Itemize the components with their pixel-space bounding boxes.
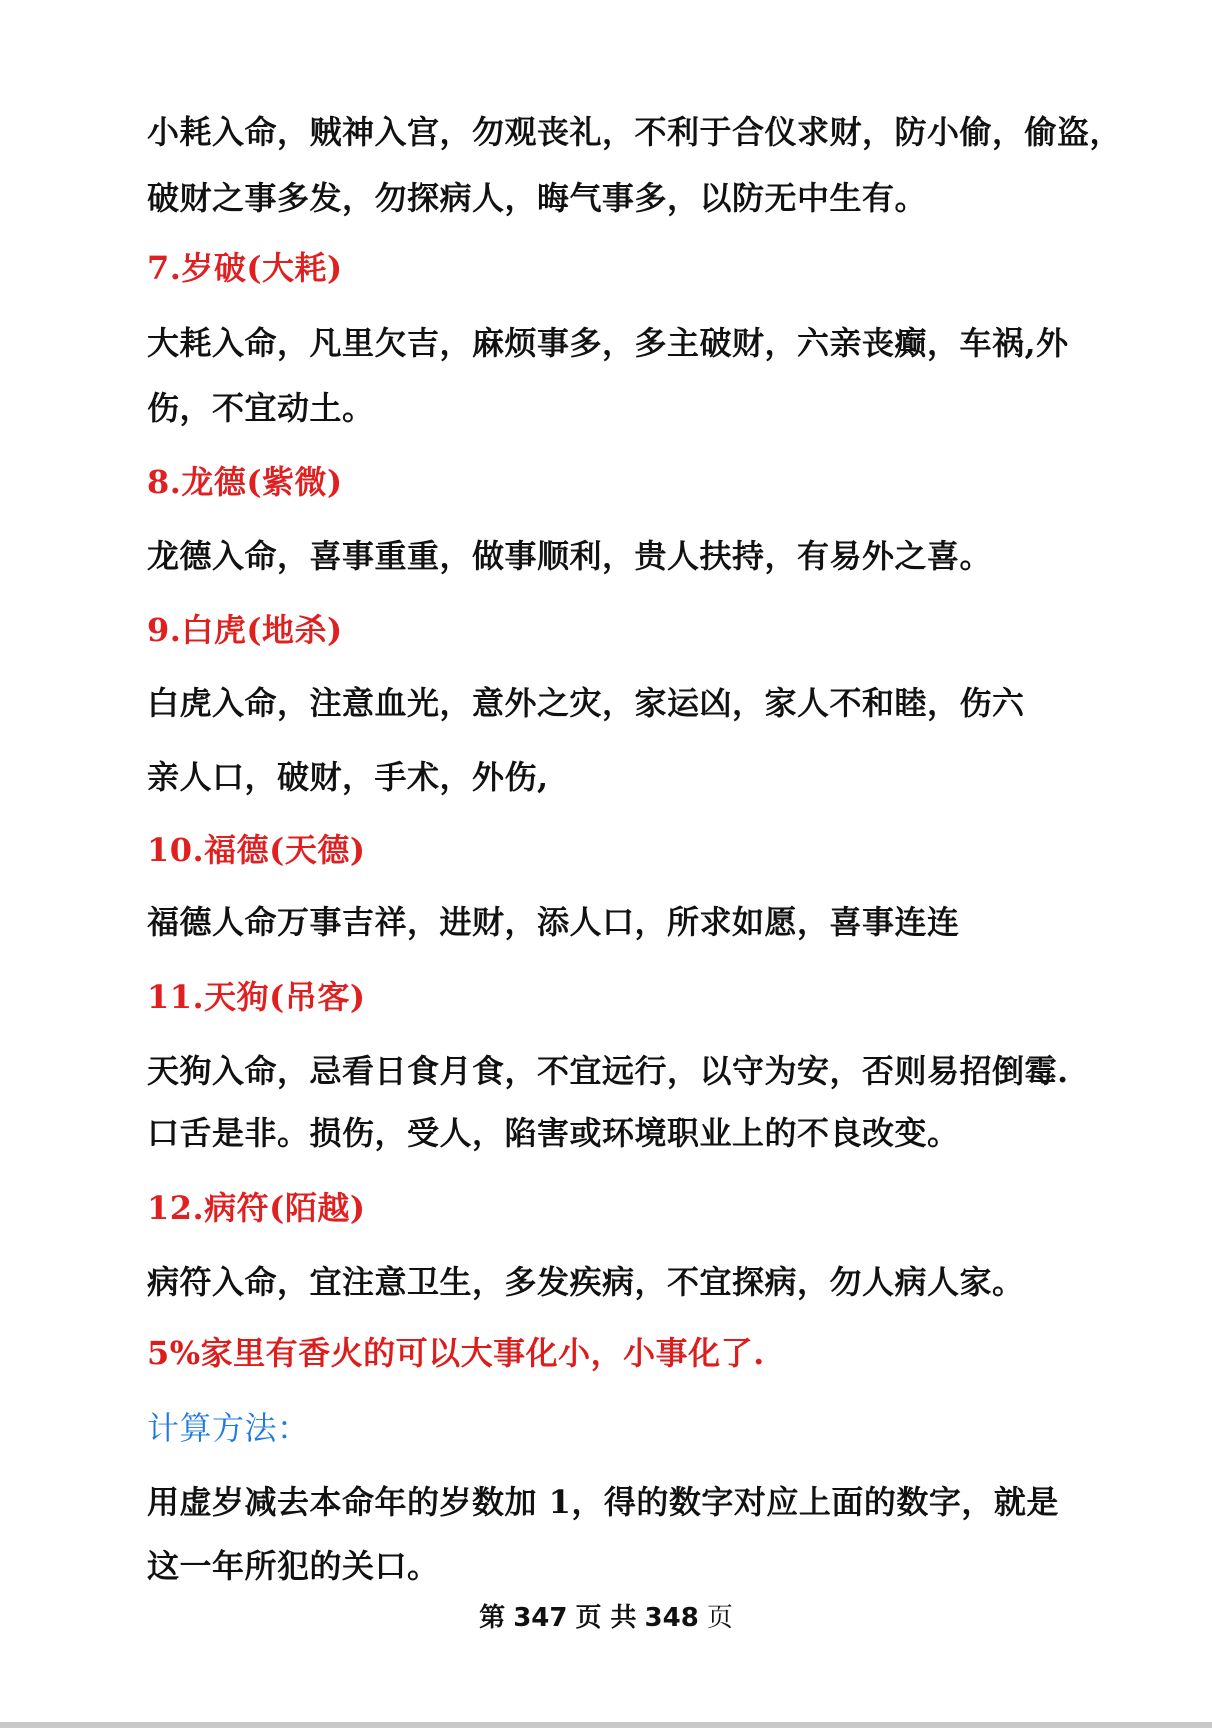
method-title: 计算方法： — [147, 1408, 310, 1448]
document-page: 小耗入命，贼神入宫，勿观丧礼，不利于合仪求财，防小偷，偷盗， 破财之事多发，勿探… — [0, 0, 1212, 1722]
body-text-line: 病符入命，宜注意卫生，多发疾病，不宜探病，勿人病人家。 — [147, 1262, 1025, 1302]
section-heading-12: 12.病符(陌越) — [147, 1188, 365, 1228]
body-text-line: 白虎入命，注意血光，意外之灾，家运凶，家人不和睦，伤六 — [147, 683, 1025, 723]
body-text-line: 伤，不宜动土。 — [147, 388, 375, 428]
body-text-line: 天狗入命，忌看日食月食，不宜远行，以守为安，否则易招倒霉. — [147, 1051, 1069, 1091]
section-heading-10: 10.福德(天德) — [147, 830, 365, 870]
method-text-line: 用虚岁减去本命年的岁数加 1，得的数字对应上面的数字，就是 — [147, 1482, 1059, 1522]
body-text-line: 龙德入命，喜事重重，做事顺利，贵人扶持，有易外之喜。 — [147, 536, 992, 576]
footer-suffix: 页 — [707, 1603, 733, 1633]
footer-middle: 页 共 — [575, 1603, 636, 1633]
current-page-number: 347 — [513, 1603, 567, 1633]
section-heading-7: 7.岁破(大耗) — [147, 248, 343, 288]
page-footer: 第347页 共348页 — [0, 1600, 1212, 1636]
body-text-line: 小耗入命，贼神入宫，勿观丧礼，不利于合仪求财，防小偷，偷盗， — [147, 112, 1122, 152]
section-heading-8: 8.龙德(紫微) — [147, 462, 343, 502]
total-pages-number: 348 — [645, 1603, 699, 1633]
page-bottom-divider — [0, 1722, 1212, 1728]
section-heading-9: 9.白虎(地杀) — [147, 610, 343, 650]
incense-note: 5%家里有香火的可以大事化小，小事化了. — [147, 1333, 765, 1373]
body-text-line: 福德人命万事吉祥，进财，添人口，所求如愿，喜事连连 — [147, 902, 960, 942]
method-text-line: 这一年所犯的关口。 — [147, 1546, 440, 1586]
body-text-line: 大耗入命，凡里欠吉，麻烦事多，多主破财，六亲丧癫，车祸,外 — [147, 323, 1069, 363]
footer-prefix: 第 — [479, 1603, 505, 1633]
body-text-line: 口舌是非。损伤，受人，陷害或环境职业上的不良改变。 — [147, 1113, 960, 1153]
section-heading-11: 11.天狗(吊客) — [147, 977, 365, 1017]
body-text-line: 亲人口，破财，手术，外伤, — [147, 757, 549, 797]
body-text-line: 破财之事多发，勿探病人，晦气事多，以防无中生有。 — [147, 178, 927, 218]
